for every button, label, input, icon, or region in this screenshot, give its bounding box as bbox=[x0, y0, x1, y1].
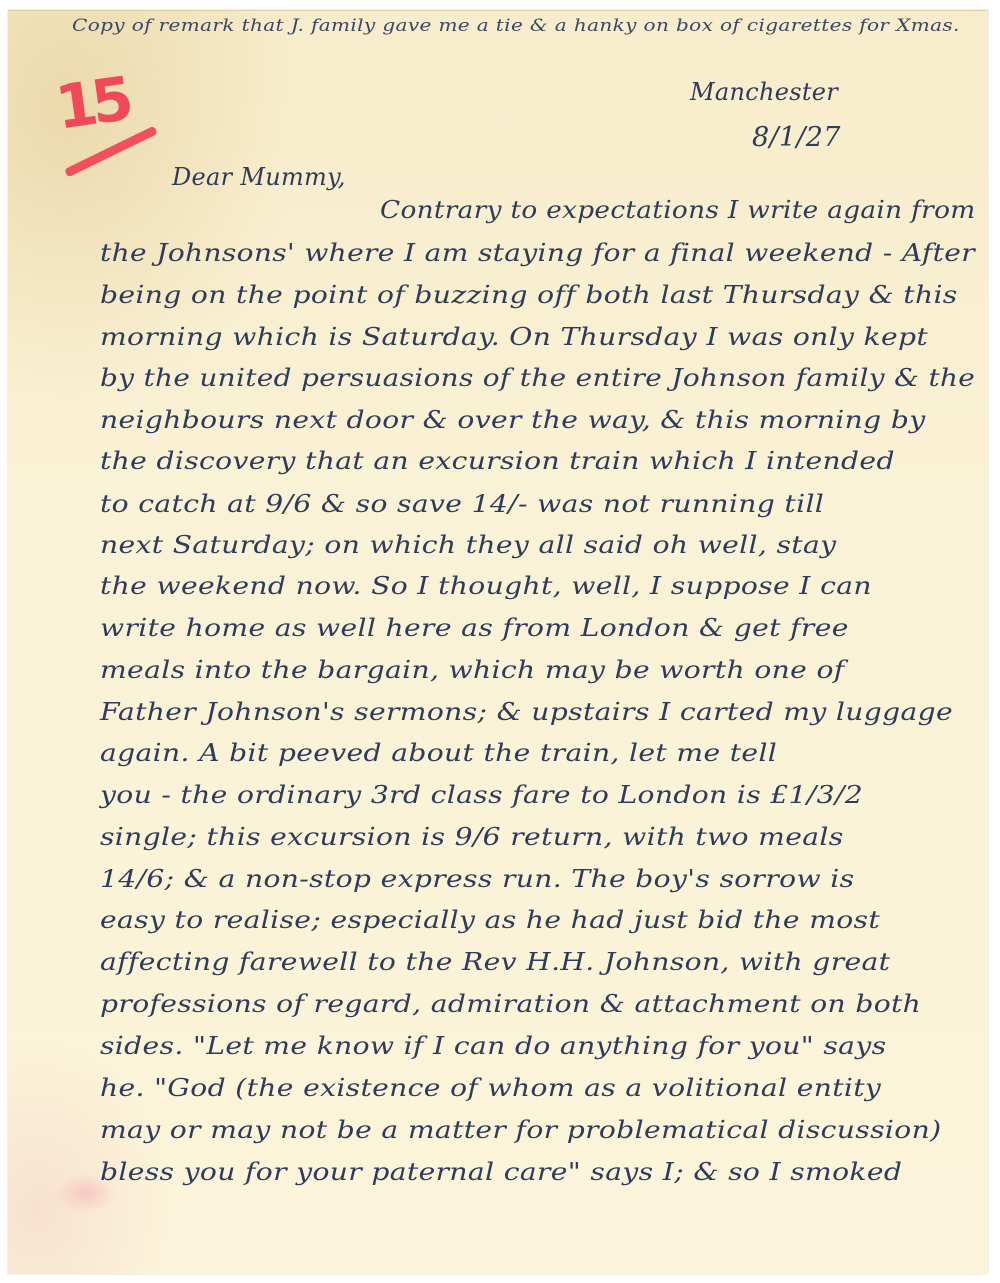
body-line: the Johnsons' where I am staying for a f… bbox=[100, 238, 975, 267]
body-line: being on the point of buzzing off both l… bbox=[100, 280, 958, 309]
body-line: the discovery that an excursion train wh… bbox=[100, 446, 895, 475]
body-line: 14/6; & a non-stop express run. The boy'… bbox=[100, 864, 854, 893]
body-line: meals into the bargain, which may be wor… bbox=[100, 655, 845, 684]
body-line: sides. "Let me know if I can do anything… bbox=[100, 1031, 886, 1060]
letter-place: Manchester bbox=[690, 78, 838, 106]
letter-date: 8/1/27 bbox=[752, 122, 841, 153]
body-line: he. "God (the existence of whom as a vol… bbox=[100, 1073, 881, 1102]
body-line: single; this excursion is 9/6 return, wi… bbox=[100, 822, 844, 851]
body-line: affecting farewell to the Rev H.H. Johns… bbox=[100, 947, 890, 976]
body-line: by the united persuasions of the entire … bbox=[100, 363, 975, 392]
body-line: the weekend now. So I thought, well, I s… bbox=[100, 571, 872, 600]
body-line: you - the ordinary 3rd class fare to Lon… bbox=[100, 780, 863, 809]
body-line: easy to realise; especially as he had ju… bbox=[100, 905, 880, 934]
body-line: to catch at 9/6 & so save 14/- was not r… bbox=[100, 489, 824, 518]
body-line: Father Johnson's sermons; & upstairs I c… bbox=[100, 697, 953, 726]
top-margin-note: Copy of remark that J. family gave me a … bbox=[72, 16, 960, 36]
body-line: again. A bit peeved about the train, let… bbox=[100, 738, 777, 767]
body-line: professions of regard, admiration & atta… bbox=[100, 989, 921, 1018]
salutation: Dear Mummy, bbox=[172, 163, 346, 191]
body-line: bless you for your paternal care" says I… bbox=[100, 1157, 902, 1186]
body-line: morning which is Saturday. On Thursday I… bbox=[100, 322, 928, 351]
body-line: write home as well here as from London &… bbox=[100, 613, 849, 642]
page-number-mark: 15 bbox=[51, 64, 132, 143]
body-line: next Saturday; on which they all said oh… bbox=[100, 530, 836, 559]
body-line: may or may not be a matter for problemat… bbox=[100, 1115, 941, 1144]
body-line: neighbours next door & over the way, & t… bbox=[100, 405, 925, 434]
body-line: Contrary to expectations I write again f… bbox=[380, 195, 976, 224]
